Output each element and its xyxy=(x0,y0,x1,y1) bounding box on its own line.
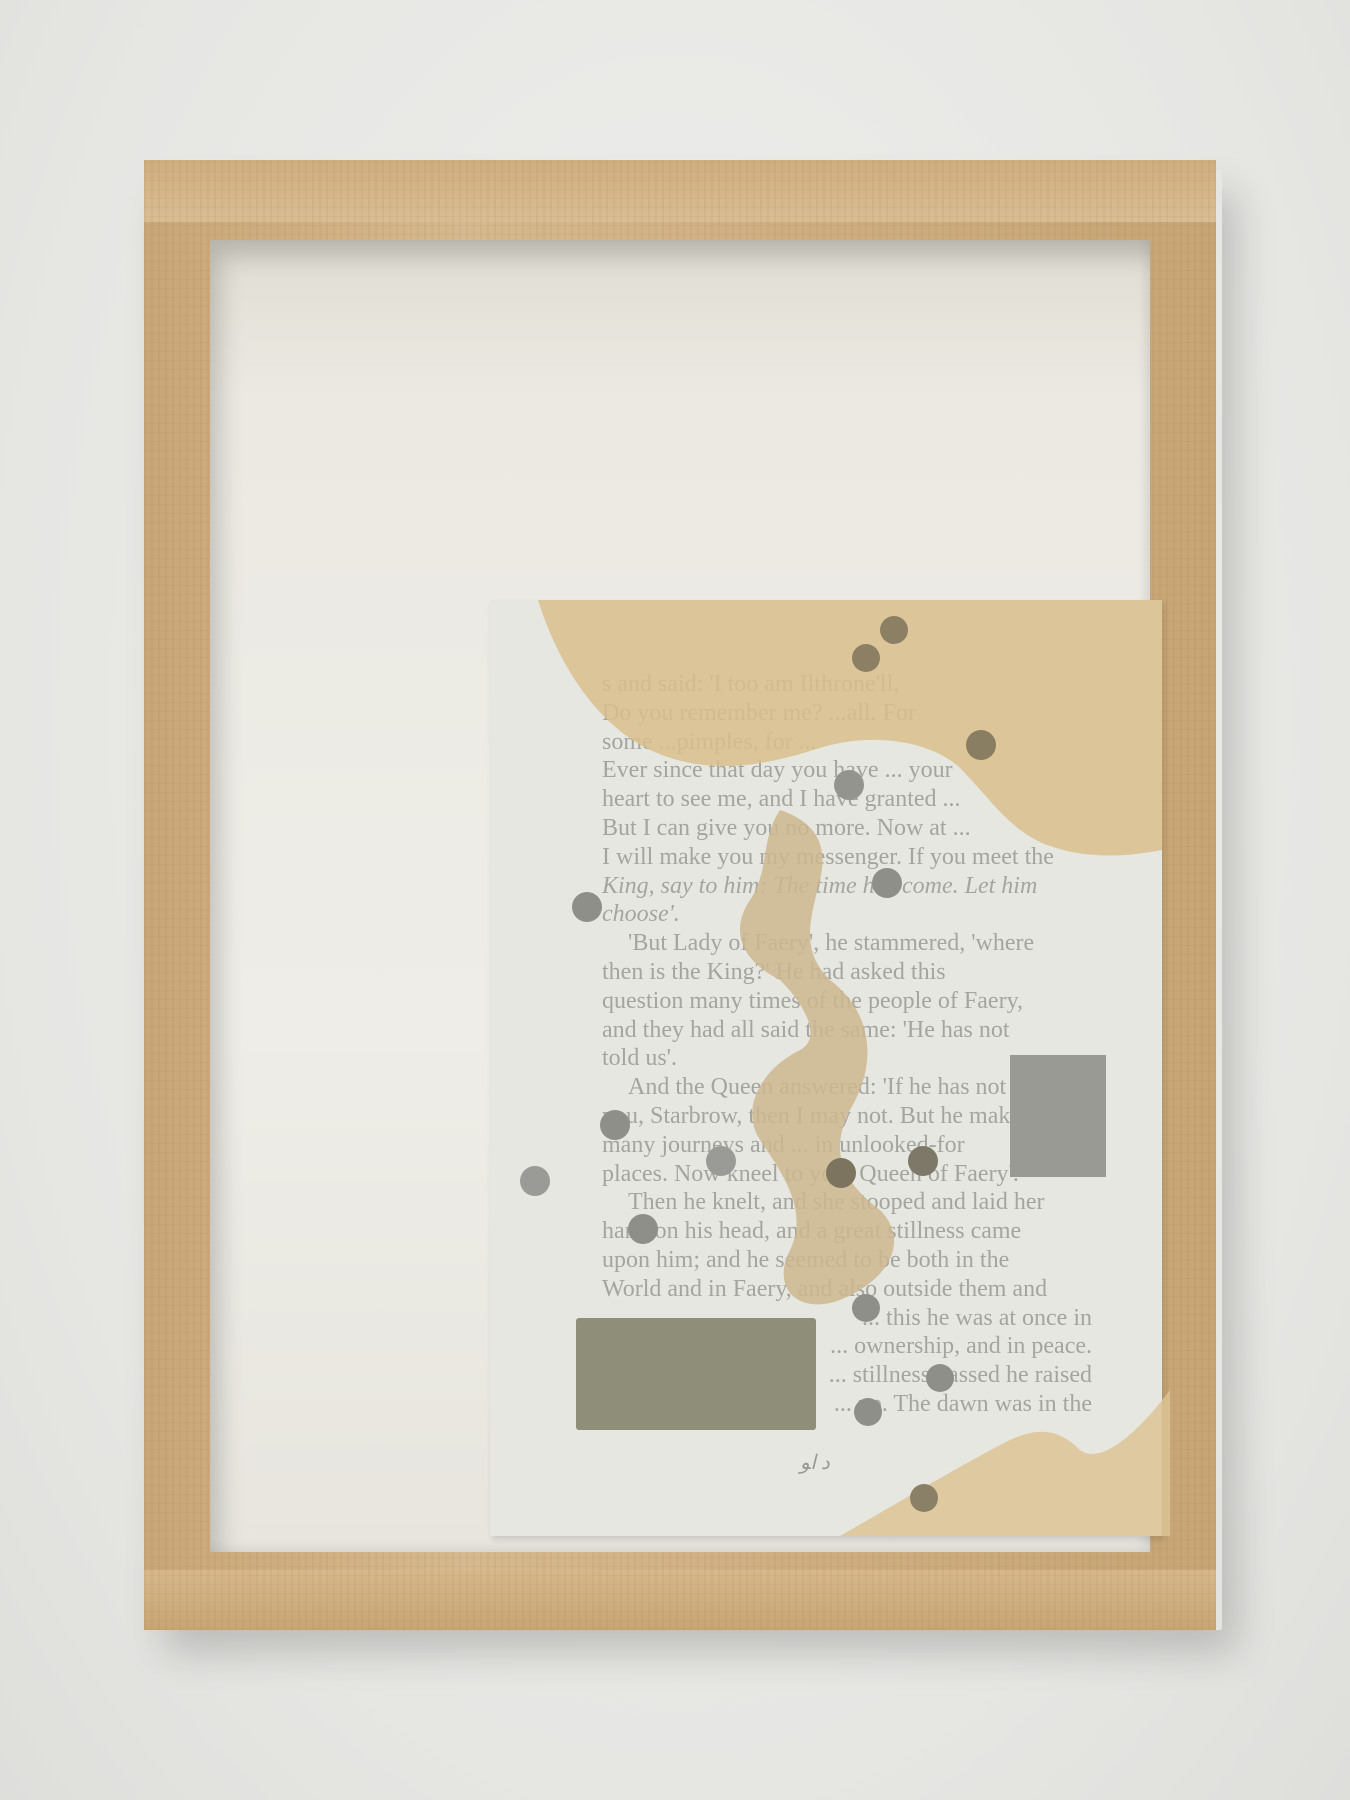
dot xyxy=(852,1294,880,1322)
dot xyxy=(908,1146,938,1176)
dot xyxy=(966,730,996,760)
dot xyxy=(880,616,908,644)
dot xyxy=(706,1146,736,1176)
oak-picture-frame: s and said: 'I too am Ilthrone'll, Do yo… xyxy=(144,160,1216,1630)
artist-signature: ﺩ ﺍﻮ xyxy=(800,1450,830,1475)
dot xyxy=(826,1158,856,1188)
olive-rectangle xyxy=(576,1318,816,1430)
grey-rectangle xyxy=(1010,1055,1106,1177)
dot xyxy=(910,1484,938,1512)
dot xyxy=(834,770,864,800)
dot xyxy=(926,1364,954,1392)
dot xyxy=(600,1110,630,1140)
dot xyxy=(854,1398,882,1426)
dot xyxy=(520,1166,550,1196)
dot xyxy=(572,892,602,922)
dot xyxy=(852,644,880,672)
ochre-paper-bottom-shape xyxy=(840,1390,1170,1536)
dot xyxy=(872,868,902,898)
dot xyxy=(628,1214,658,1244)
tan-squiggle-shape xyxy=(720,810,950,1310)
book-page: s and said: 'I too am Ilthrone'll, Do yo… xyxy=(490,600,1162,1536)
